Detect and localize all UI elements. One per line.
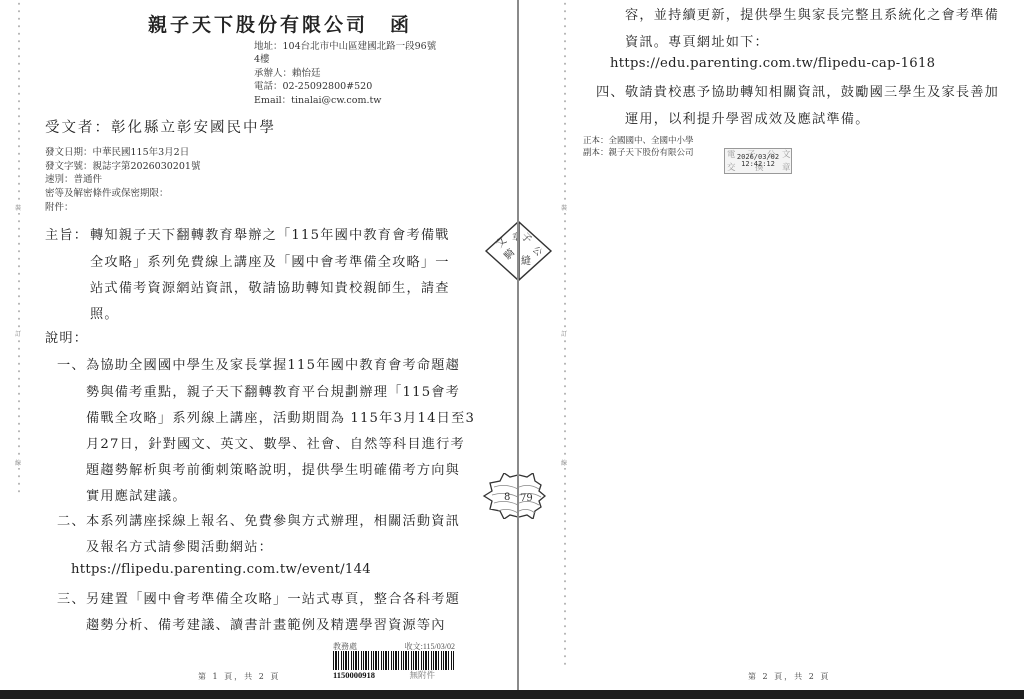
item-line: 趨勢分析、備考建議、讀書計畫範例及精選學習資源等內 — [86, 614, 446, 633]
item-line: 備戰全攻略」系列線上講座，活動期間為 115年3月14日至3 — [86, 407, 475, 426]
diamond-seal-left-half: 文 騎 章 — [472, 220, 518, 282]
item-line: 勢與備考重點，親子天下翻轉教育平台規劃辦理「115會考 — [86, 381, 460, 400]
explanation-label: 說明： — [45, 327, 88, 346]
svg-text:縫: 縫 — [521, 254, 531, 267]
receiving-office: 教務處 — [333, 642, 357, 651]
item-line: 月27日，針對國文、英文、數學、社會、自然等科目進行考 — [86, 433, 465, 452]
octagon-seal-left-half: 8 — [482, 473, 518, 519]
item-line: 容，並持續更新，提供學生與家長完整且系統化之會考準備 — [625, 4, 999, 23]
item-marker: 三、 — [57, 588, 86, 607]
margin-mark-line: 線 — [15, 460, 21, 468]
item-line: 本系列講座採線上報名、免費參與方式辦理，相關活動資訊 — [86, 510, 460, 529]
binding-margin-dots — [17, 0, 21, 495]
issue-date: 發文日期：中華民國115年3月2日 — [45, 146, 200, 160]
item-line: 為協助全國國中學生及家長掌握115年國中教育會考命題趨 — [86, 354, 460, 373]
viewer-bottom-bar — [0, 690, 1024, 699]
subject-line: 轉知親子天下翻轉教育舉辦之「115年國中教育會考備戰 — [90, 224, 450, 243]
document-meta: 發文日期：中華民國115年3月2日 發文字號：親誌字第2026030201號 速… — [45, 146, 200, 215]
margin-mark-bind: 裝 — [561, 205, 567, 213]
item-line: 及報名方式請參閱活動網站： — [86, 536, 273, 555]
receipt-barcode: 教務處 收文:115/03/02 1150000918 無附件 — [333, 642, 455, 680]
secrecy-level: 密等及解密條件或保密期限： — [45, 187, 200, 201]
svg-text:8: 8 — [504, 492, 510, 503]
margin-mark-order: 訂 — [15, 331, 21, 339]
item-marker: 二、 — [57, 510, 86, 529]
sender-address-floor: 4樓 — [254, 53, 436, 66]
item-line: 運用，以利提升學習成效及應試準備。 — [625, 108, 870, 127]
sender-contact: 承辦人：賴怡廷 — [254, 67, 436, 80]
speed-class: 速別：普通件 — [45, 173, 200, 187]
sender-phone: 電話：02-25092800#520 — [254, 80, 436, 93]
subject-label: 主旨： — [45, 224, 88, 243]
sender-info: 地址：104台北市中山區建國北路一段96號 4樓 承辦人：賴怡廷 電話：02-2… — [254, 40, 436, 107]
copy-recipients: 正本：全國國中、全國中小學 副本：親子天下股份有限公司 — [583, 136, 694, 159]
event-url-link[interactable]: https://flipedu.parenting.com.tw/event/1… — [71, 562, 371, 577]
recipient: 受文者：彰化縣立彰安國民中學 — [45, 116, 276, 137]
svg-text:79: 79 — [520, 493, 533, 504]
barcode-bars — [333, 651, 454, 670]
page-number: 第 1 頁，共 2 頁 — [198, 671, 280, 682]
item-line: 另建置「國中會考準備全攻略」一站式專頁，整合各科考題 — [86, 588, 460, 607]
barcode-note: 無附件 — [409, 670, 455, 680]
subject-line: 全攻略」系列免費線上講座及「國中會考準備全攻略」一 — [90, 251, 450, 270]
duplicate-copy: 副本：親子天下股份有限公司 — [583, 148, 694, 160]
item-line: 題趨勢解析與考前衝刺策略說明，提供學生明確備考方向與 — [86, 459, 460, 478]
document-title: 親子天下股份有限公司 函 — [148, 10, 412, 37]
item-line: 敬請貴校惠予協助轉知相關資訊，鼓勵國三學生及家長善加 — [625, 81, 999, 100]
topic-page-url-link[interactable]: https://edu.parenting.com.tw/flipedu-cap… — [610, 56, 935, 71]
diamond-seal-right-half: 子 公 縫 — [519, 220, 555, 282]
received-date: 收文:115/03/02 — [405, 642, 455, 651]
subject-line: 站式備考資源網站資訊，敬請協助轉知貴校親師生，請查 — [90, 277, 450, 296]
margin-mark-order: 訂 — [561, 331, 567, 339]
margin-mark-line: 線 — [561, 460, 567, 468]
item-line: 資訊。專頁網址如下： — [625, 31, 769, 50]
attachment-field: 附件： — [45, 201, 200, 215]
document-page-2: 裝 訂 線 子 公 縫 79 容，並持續更新，提供學生與家長完整且系統化之會考準… — [519, 0, 1024, 690]
original-copy: 正本：全國國中、全國中小學 — [583, 136, 694, 148]
item-marker: 四、 — [596, 81, 625, 100]
item-line: 實用應試建議。 — [86, 485, 187, 504]
margin-mark-bind: 裝 — [15, 205, 21, 213]
octagon-seal-right-half: 79 — [519, 473, 547, 519]
document-page-1: 裝 訂 線 親子天下股份有限公司 函 地址：104台北市中山區建國北路一段96號… — [0, 0, 518, 690]
stamp-time: 12:42:12 — [725, 161, 791, 168]
sender-address: 地址：104台北市中山區建國北路一段96號 — [254, 40, 436, 53]
issue-number: 發文字號：親誌字第2026030201號 — [45, 160, 200, 174]
sender-email: Email：tinalai@cw.com.tw — [254, 94, 436, 107]
item-marker: 一、 — [57, 354, 86, 373]
barcode-number: 1150000918 — [333, 670, 375, 680]
electronic-exchange-stamp: 電 子 公 文 交 換 章 2026/03/02 12:42:12 — [724, 148, 792, 174]
subject-line: 照。 — [90, 303, 119, 322]
page-number: 第 2 頁，共 2 頁 — [748, 671, 830, 682]
